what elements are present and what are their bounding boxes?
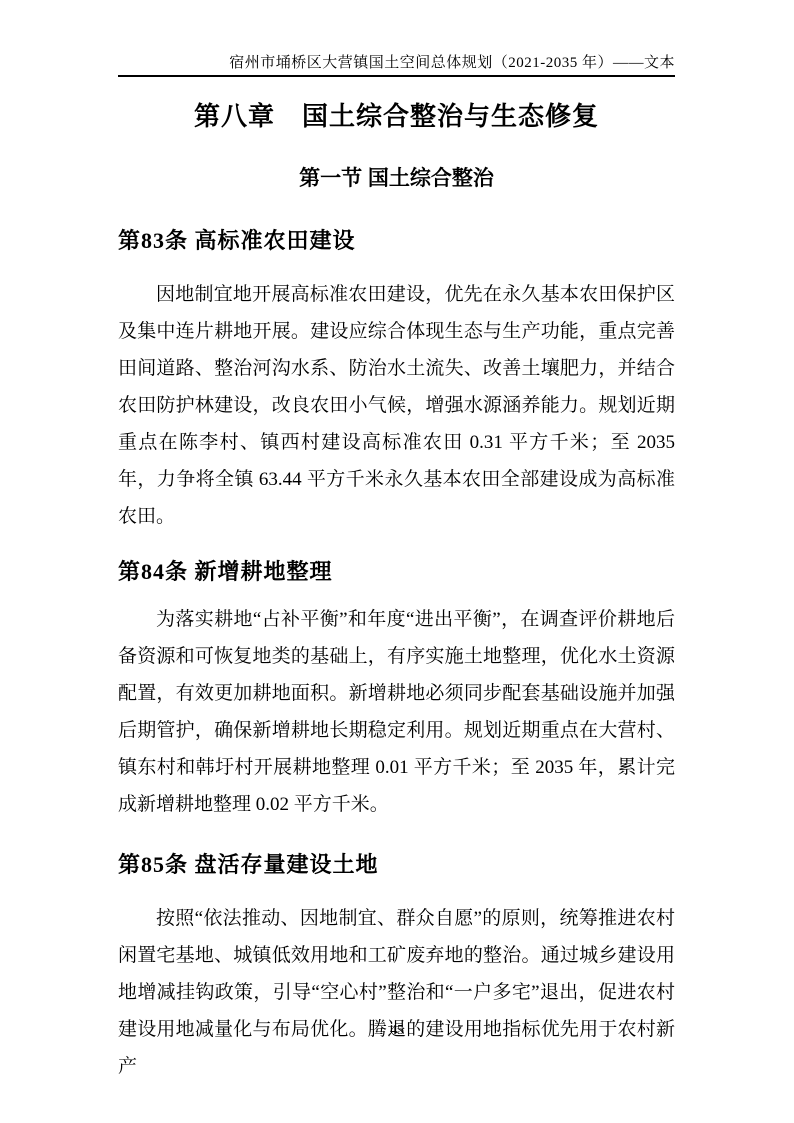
document-content: 第八章 国土综合整治与生态修复 第一节 国土综合整治 第83条 高标准农田建设 … bbox=[118, 77, 675, 1085]
article-84-body: 为落实耕地“占补平衡”和年度“进出平衡”，在调查评价耕地后备资源和可恢复地类的基… bbox=[118, 601, 675, 823]
page-number: 45 bbox=[0, 1022, 794, 1040]
chapter-title: 第八章 国土综合整治与生态修复 bbox=[118, 101, 675, 133]
header-title: 宿州市埇桥区大营镇国土空间总体规划（2021-2035 年）——文本 bbox=[229, 55, 675, 71]
section-title: 第一节 国土综合整治 bbox=[118, 166, 675, 192]
article-83-body: 因地制宜地开展高标准农田建设，优先在永久基本农田保护区及集中连片耕地开展。建设应… bbox=[118, 276, 675, 535]
article-85-body: 按照“依法推动、因地制宜、群众自愿”的原则，统筹推进农村闲置宅基地、城镇低效用地… bbox=[118, 900, 675, 1085]
document-page: 宿州市埇桥区大营镇国土空间总体规划（2021-2035 年）——文本 第八章 国… bbox=[0, 0, 794, 1123]
article-84-heading: 第84条 新增耕地整理 bbox=[118, 559, 675, 585]
article-83-heading: 第83条 高标准农田建设 bbox=[118, 228, 675, 254]
article-85-heading: 第85条 盘活存量建设土地 bbox=[118, 852, 675, 878]
page-header: 宿州市埇桥区大营镇国土空间总体规划（2021-2035 年）——文本 bbox=[118, 0, 675, 77]
